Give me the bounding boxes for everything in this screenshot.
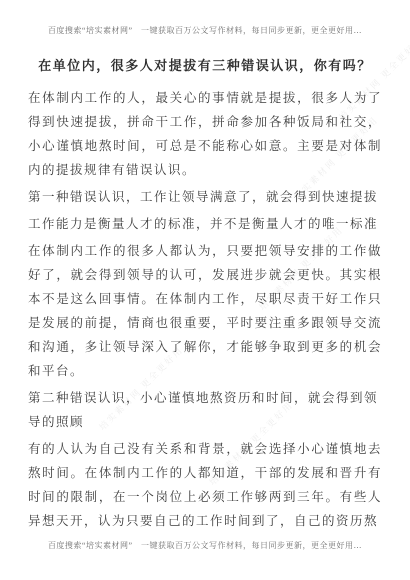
paragraph: 在体制内工作的人，最关心的事情就是提拔，很多人为了得到快速提拔，拼命干工作，拼命… [28, 86, 382, 182]
header-banner: 百度搜索“培实素材网” 一键获取百万公文写作材料，每日同步更新，更全更好用… [0, 25, 410, 36]
document-page: 百度搜索“培实素材网” 一键获取百万公文写作材料，每日同步更新，更全更好用… 在… [0, 0, 410, 580]
section-subheading: 工作能力是衡量人才的标准，并不是衡量人才的唯一标准 [28, 212, 382, 236]
section-heading: 第二种错误认识，小心谨慎地熬资历和时间，就会得到领导的照顾 [28, 386, 382, 434]
footer-banner: 百度搜索“培实素材网” 一键获取百万公文写作材料，每日同步更新，更全更好用… [0, 540, 410, 551]
section-heading: 第一种错误认识，工作让领导满意了，就会得到快速提拔 [28, 185, 382, 209]
article-body: 在体制内工作的人，最关心的事情就是提拔，很多人为了得到快速提拔，拼命干工作，拼命… [28, 86, 382, 536]
paragraph: 在体制内工作的很多人都认为，只要把领导安排的工作做好了，就会得到领导的认可，发展… [28, 239, 382, 383]
paragraph: 有的人认为自己没有关系和背景，就会选择小心谨慎地去熬时间。在体制内工作的人都知道… [28, 437, 382, 533]
article-title: 在单位内，很多人对提拔有三种错误认识，你有吗？ [28, 55, 382, 74]
